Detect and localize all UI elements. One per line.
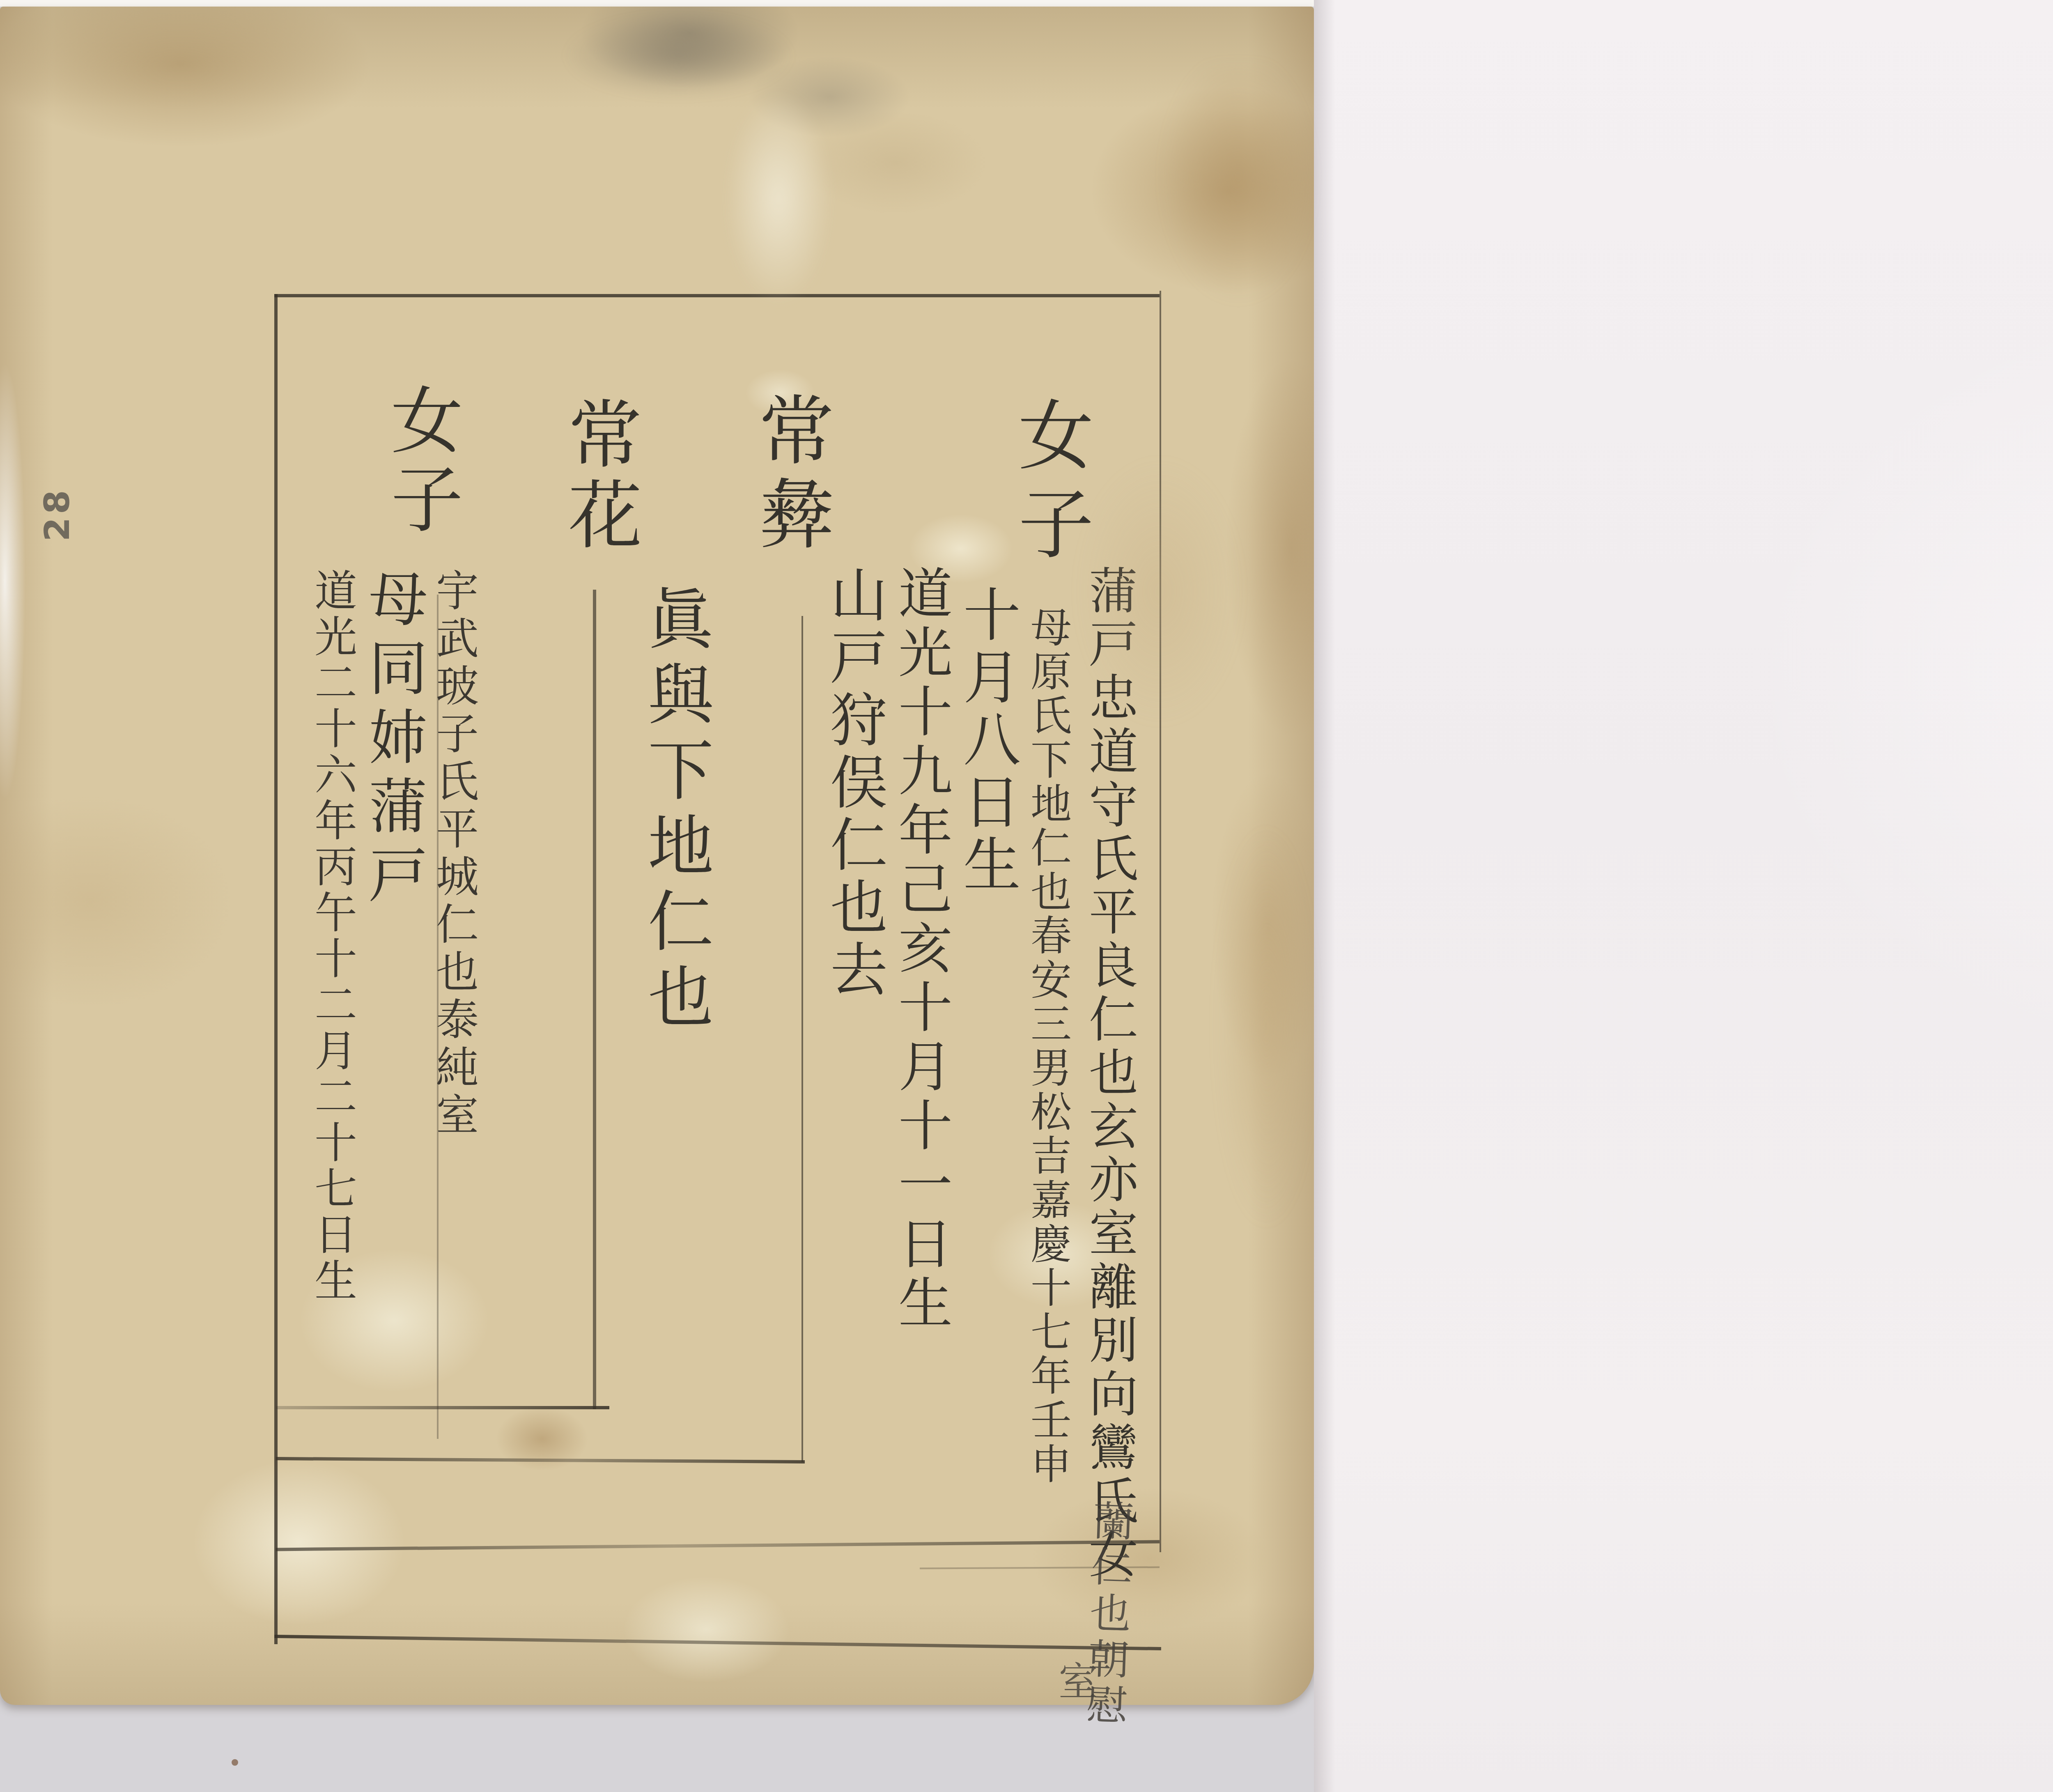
frame-right-rule bbox=[1159, 291, 1161, 1552]
page-content: 女子 蒲戸忠道守氏平良仁也玄亦室離別向鸞氏女 母原氏下地仁也春安三男松吉嘉慶十七… bbox=[0, 0, 2053, 1792]
entry-2-header: 常彜 bbox=[754, 391, 829, 558]
bottom-rule-1 bbox=[276, 1406, 609, 1408]
entry-4-header: 女子 bbox=[383, 383, 455, 540]
bottom-rule-3 bbox=[276, 1540, 1160, 1551]
entry-1-column-1: 蒲戸忠道守氏平良仁也玄亦室離別向鸞氏女 bbox=[1082, 565, 1132, 1583]
scan-canvas: 女子 蒲戸忠道守氏平良仁也玄亦室離別向鸞氏女 母原氏下地仁也春安三男松吉嘉慶十七… bbox=[0, 0, 2053, 1792]
entry-1-column-2: 母原氏下地仁也春安三男松吉嘉慶十七年壬申 bbox=[1028, 606, 1069, 1486]
page-number: 28 bbox=[38, 471, 80, 557]
entry-1-column-3: 十月八日生 bbox=[958, 585, 1015, 897]
column-rule-1 bbox=[593, 590, 595, 1409]
scanned-spread: 女子 蒲戸忠道守氏平良仁也玄亦室離別向鸞氏女 母原氏下地仁也春安三男松吉嘉慶十七… bbox=[0, 0, 2053, 1792]
marginal-note-suffix: 室 bbox=[1054, 1661, 1094, 1700]
entry-3-header: 常花 bbox=[562, 396, 636, 557]
entry-4-column-2: 母同姉蒲戸 bbox=[363, 568, 422, 913]
entry-1-column-5: 山戸狩俣仁也去 bbox=[824, 565, 882, 1002]
entry-4-column-1: 宇武玻子氏平城仁也泰純室 bbox=[432, 568, 475, 1140]
column-rule-2 bbox=[801, 616, 803, 1462]
entry-1-column-4: 道光十九年己亥十月十一日生 bbox=[895, 565, 949, 1334]
entry-4-column-3: 道光二十六年丙午十二月二十七日生 bbox=[310, 568, 353, 1304]
entry-2-column-1: 眞與下地仁也 bbox=[642, 585, 708, 1038]
bottom-rule-4 bbox=[274, 1635, 1161, 1650]
frame-top-rule bbox=[274, 294, 1160, 296]
bottom-rule-2 bbox=[276, 1457, 805, 1463]
entry-1-header: 女子 bbox=[1013, 396, 1089, 573]
frame-left-rule bbox=[274, 294, 277, 1644]
